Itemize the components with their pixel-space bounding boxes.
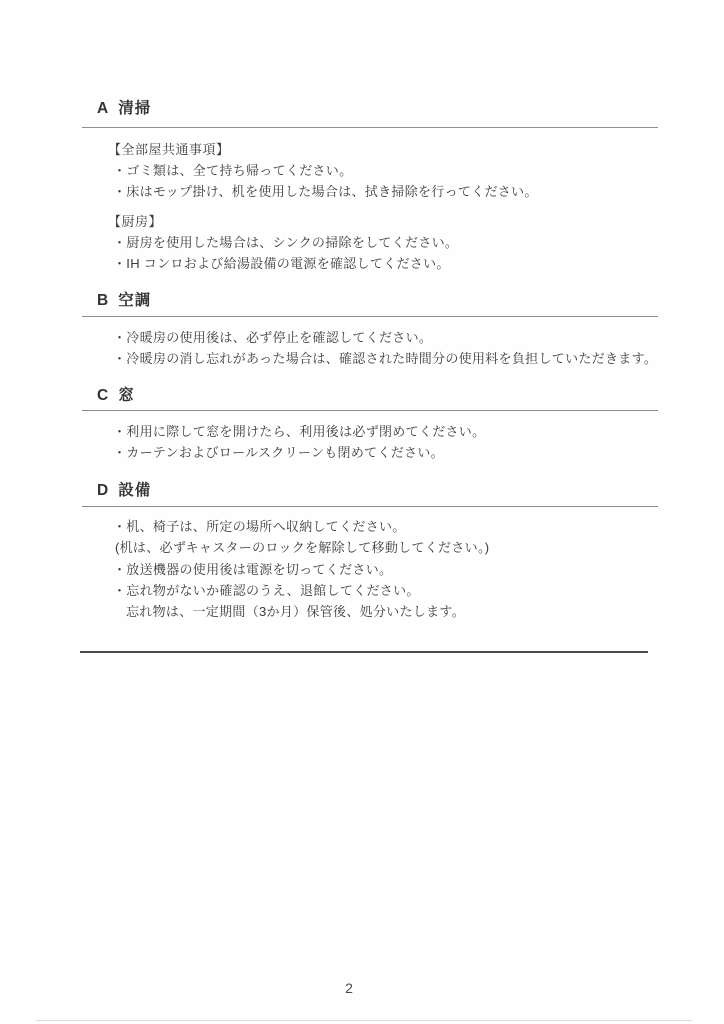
section-c-letter: C bbox=[97, 387, 109, 405]
list-item: ・床はモップ掛け、机を使用した場合は、拭き掃除を行ってください。 bbox=[113, 181, 538, 200]
list-item: ・カーテンおよびロールスクリーンも閉めてください。 bbox=[113, 442, 444, 461]
page-number: 2 bbox=[0, 980, 698, 996]
scanned-document-page: A 清掃 【全部屋共通事項】 ・ゴミ類は、全て持ち帰ってください。 ・床はモップ… bbox=[0, 0, 724, 1024]
list-item: ・冷暖房の使用後は、必ず停止を確認してください。 bbox=[113, 327, 432, 346]
list-item: ・放送機器の使用後は電源を切ってください。 bbox=[113, 559, 392, 578]
list-item-continuation: 忘れ物は、一定期間（3か月）保管後、処分いたします。 bbox=[126, 601, 465, 620]
section-c-title: 窓 bbox=[118, 383, 135, 405]
list-item: ・ゴミ類は、全て持ち帰ってください。 bbox=[113, 160, 352, 179]
section-b-heading: B 空調 bbox=[97, 288, 151, 310]
group-label-kitchen: 【厨房】 bbox=[108, 211, 162, 230]
list-item: ・利用に際して窓を開けたら、利用後は必ず閉めてください。 bbox=[113, 421, 485, 440]
section-d-heading: D 設備 bbox=[97, 478, 151, 500]
section-d-rule bbox=[82, 506, 658, 507]
section-a-title: 清掃 bbox=[118, 96, 151, 118]
section-a-heading: A 清掃 bbox=[97, 96, 151, 118]
group-label-all-rooms: 【全部屋共通事項】 bbox=[108, 139, 230, 158]
list-item-note: (机は、必ずキャスターのロックを解除して移動してください。) bbox=[115, 537, 489, 556]
list-item: ・忘れ物がないか確認のうえ、退館してください。 bbox=[113, 580, 420, 599]
list-item: ・IH コンロおよび給湯設備の電源を確認してください。 bbox=[113, 253, 450, 272]
section-b-rule bbox=[82, 316, 658, 317]
list-item: ・厨房を使用した場合は、シンクの掃除をしてください。 bbox=[113, 232, 458, 251]
list-item: ・冷暖房の消し忘れがあった場合は、確認された時間分の使用料を負担していただきます… bbox=[113, 348, 657, 367]
scan-edge-artifact bbox=[36, 1020, 692, 1021]
list-item: ・机、椅子は、所定の場所へ収納してください。 bbox=[113, 516, 406, 535]
section-b-title: 空調 bbox=[118, 288, 151, 310]
section-d-title: 設備 bbox=[118, 478, 151, 500]
section-d-letter: D bbox=[97, 482, 109, 500]
closing-rule bbox=[80, 651, 648, 653]
section-a-rule bbox=[82, 127, 658, 128]
section-c-heading: C 窓 bbox=[97, 383, 135, 405]
section-c-rule bbox=[82, 410, 658, 411]
section-a-letter: A bbox=[97, 100, 109, 118]
section-b-letter: B bbox=[97, 292, 109, 310]
